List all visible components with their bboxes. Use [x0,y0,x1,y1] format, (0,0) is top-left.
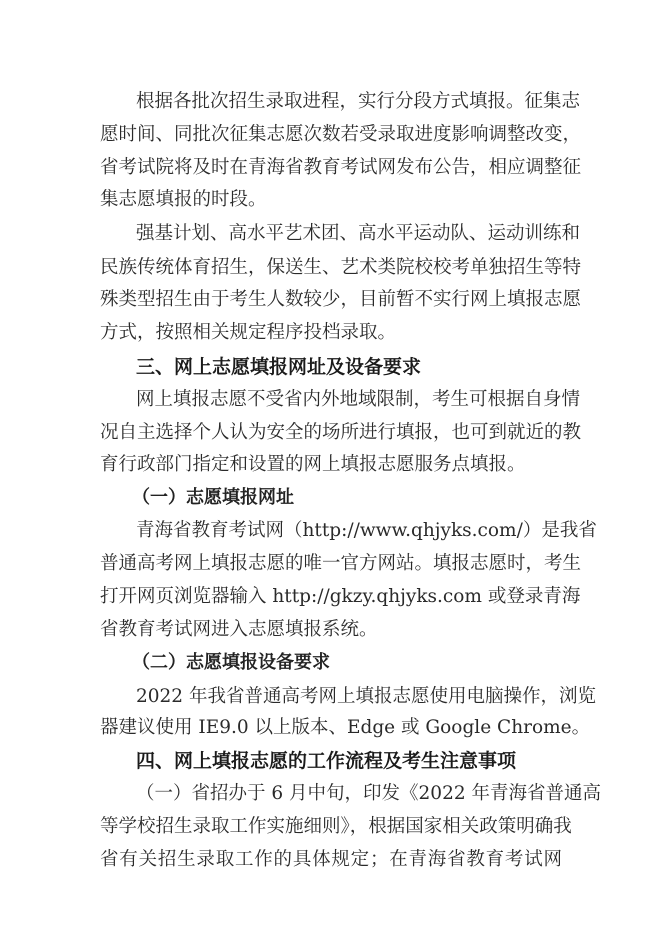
paragraph-line: 青海省教育考试网（http://www.qhjyks.com/）是我省 [136,518,562,544]
paragraph-line: 打开网页浏览器输入 http://gkzy.qhjyks.com 或登录青海 [100,584,562,610]
paragraph-line: 省教育考试网进入志愿填报系统。 [100,617,562,643]
paragraph-line: 愿时间、同批次征集志愿次数若受录取进度影响调整改变， [100,122,562,148]
paragraph-line: 等学校招生录取工作实施细则》，根据国家相关政策明确我 [100,814,562,840]
document-page: 根据各批次招生录取进程，实行分段方式填报。征集志 愿时间、同批次征集志愿次数若受… [0,0,660,933]
section-heading: 三、网上志愿填报网址及设备要求 [136,354,562,380]
paragraph-line: 育行政部门指定和设置的网上填报志愿服务点填报。 [100,452,562,478]
paragraph-line: 网上填报志愿不受省内外地域限制，考生可根据自身情 [136,387,562,413]
subsection-heading: （一）志愿填报网址 [132,485,562,511]
paragraph-line: （一）省招办于 6 月中旬，印发《2022 年青海省普通高 [136,781,562,807]
paragraph-line: 器建议使用 IE9.0 以上版本、Edge 或 Google Chrome。 [100,715,562,741]
subsection-heading: （二）志愿填报设备要求 [132,650,562,676]
paragraph-line: 省考试院将及时在青海省教育考试网发布公告，相应调整征 [100,155,562,181]
section-heading: 四、网上填报志愿的工作流程及考生注意事项 [136,748,562,774]
paragraph-line: 民族传统体育招生，保送生、艺术类院校校考单独招生等特 [100,255,562,281]
paragraph-line: 普通高考网上填报志愿的唯一官方网站。填报志愿时，考生 [100,551,562,577]
paragraph-line: 况自主选择个人认为安全的场所进行填报，也可到就近的教 [100,420,562,446]
paragraph-line: 根据各批次招生录取进程，实行分段方式填报。征集志 [136,89,562,115]
paragraph-line: 强基计划、高水平艺术团、高水平运动队、运动训练和 [136,221,562,247]
paragraph-line: 2022 年我省普通高考网上填报志愿使用电脑操作，浏览 [136,684,562,710]
paragraph-line: 集志愿填报的时段。 [100,187,562,213]
paragraph-line: 方式，按照相关规定程序投档录取。 [100,320,562,346]
paragraph-line: 省有关招生录取工作的具体规定；在青海省教育考试网 [100,847,562,873]
paragraph-line: 殊类型招生由于考生人数较少，目前暂不实行网上填报志愿 [100,287,562,313]
